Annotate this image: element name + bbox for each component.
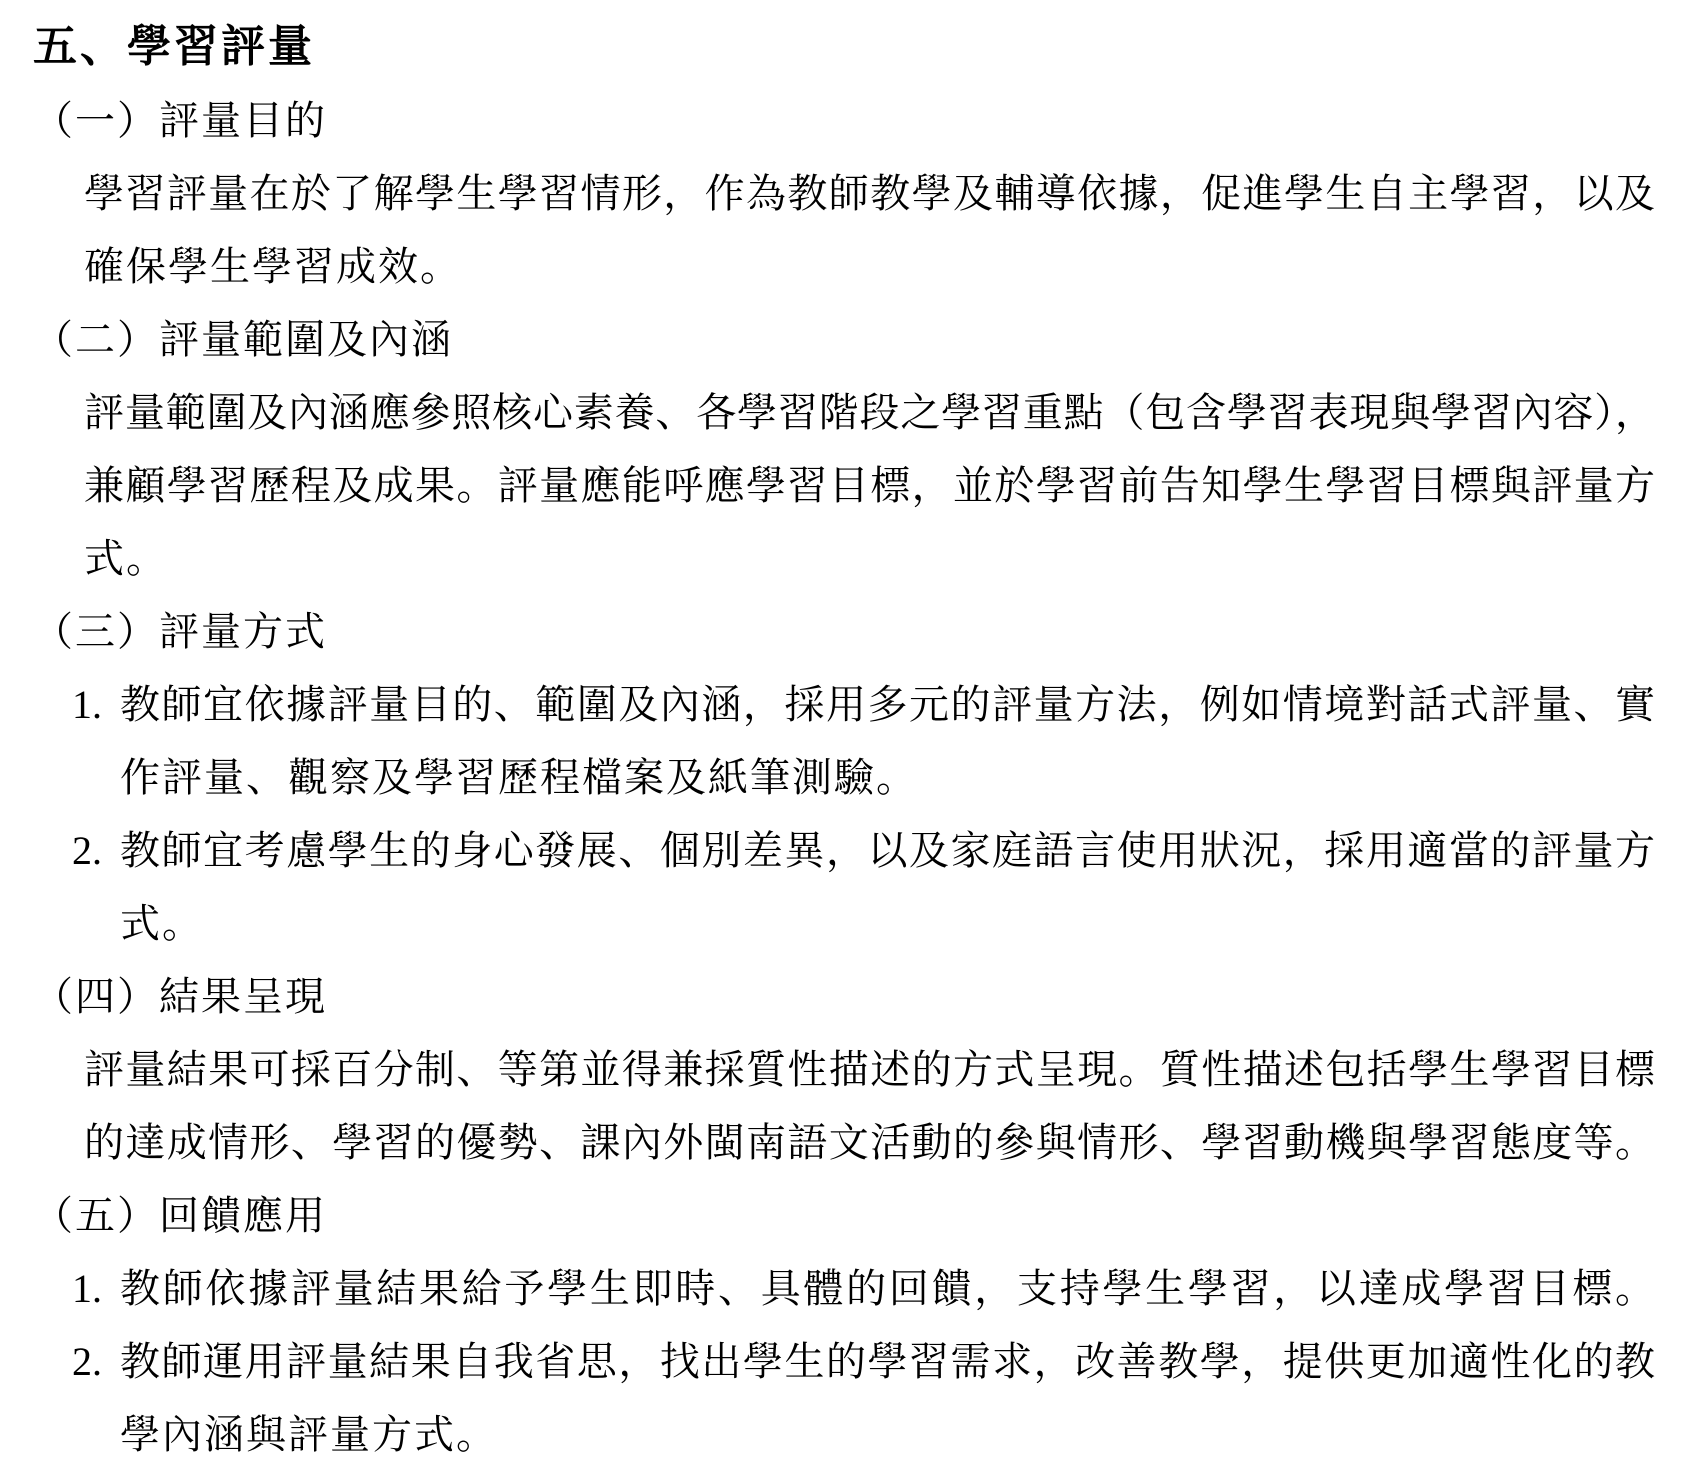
document-page: 五、學習評量 （一）評量目的 學習評量在於了解學生學習情形，作為教師教學及輔導依…: [0, 0, 1681, 1471]
list-item-text: 教師運用評量結果自我省思，找出學生的學習需求，改善教學，提供更加適性化的教: [120, 1325, 1655, 1398]
list-item-text: 教師宜考慮學生的身心發展、個別差異，以及家庭語言使用狀況，採用適當的評量方: [120, 814, 1655, 887]
paragraph-line: 評量結果可採百分制、等第並得兼採質性描述的方式呈現。質性描述包括學生學習目標: [84, 1033, 1655, 1106]
section-5-heading: （五）回饋應用: [33, 1179, 1681, 1252]
section-2-heading: （二）評量範圍及內涵: [33, 303, 1681, 376]
paragraph-line: 確保學生學習成效。: [84, 230, 1655, 303]
list-item-continuation: 式。: [120, 887, 1655, 960]
list-item-text: 教師宜依據評量目的、範圍及內涵，採用多元的評量方法，例如情境對話式評量、實: [120, 668, 1655, 741]
list-item-text: 教師依據評量結果給予學生即時、具體的回饋，支持學生學習，以達成學習目標。: [120, 1252, 1655, 1325]
section-1-heading: （一）評量目的: [33, 84, 1681, 157]
list-item: 1. 教師宜依據評量目的、範圍及內涵，採用多元的評量方法，例如情境對話式評量、實: [72, 668, 1655, 741]
paragraph-line: 的達成情形、學習的優勢、課內外閩南語文活動的參與情形、學習動機與學習態度等。: [84, 1106, 1655, 1179]
list-item-continuation: 作評量、觀察及學習歷程檔案及紙筆測驗。: [120, 741, 1655, 814]
paragraph-line: 學習評量在於了解學生學習情形，作為教師教學及輔導依據，促進學生自主學習，以及: [84, 157, 1655, 230]
list-item: 2. 教師運用評量結果自我省思，找出學生的學習需求，改善教學，提供更加適性化的教: [72, 1325, 1655, 1398]
paragraph-line: 評量範圍及內涵應參照核心素養、各學習階段之學習重點（包含學習表現與學習內容），: [84, 376, 1655, 449]
list-item: 1. 教師依據評量結果給予學生即時、具體的回饋，支持學生學習，以達成學習目標。: [72, 1252, 1655, 1325]
paragraph-line: 式。: [84, 522, 1655, 595]
list-item: 2. 教師宜考慮學生的身心發展、個別差異，以及家庭語言使用狀況，採用適當的評量方: [72, 814, 1655, 887]
section-4-heading: （四）結果呈現: [33, 960, 1681, 1033]
section-3-heading: （三）評量方式: [33, 595, 1681, 668]
paragraph-line: 兼顧學習歷程及成果。評量應能呼應學習目標，並於學習前告知學生學習目標與評量方: [84, 449, 1655, 522]
list-item-marker: 2.: [72, 814, 120, 887]
list-item-continuation: 學內涵與評量方式。: [120, 1398, 1655, 1471]
list-item-marker: 2.: [72, 1325, 120, 1398]
document-title: 五、學習評量: [33, 0, 1681, 84]
list-item-marker: 1.: [72, 1252, 120, 1325]
list-item-marker: 1.: [72, 668, 120, 741]
